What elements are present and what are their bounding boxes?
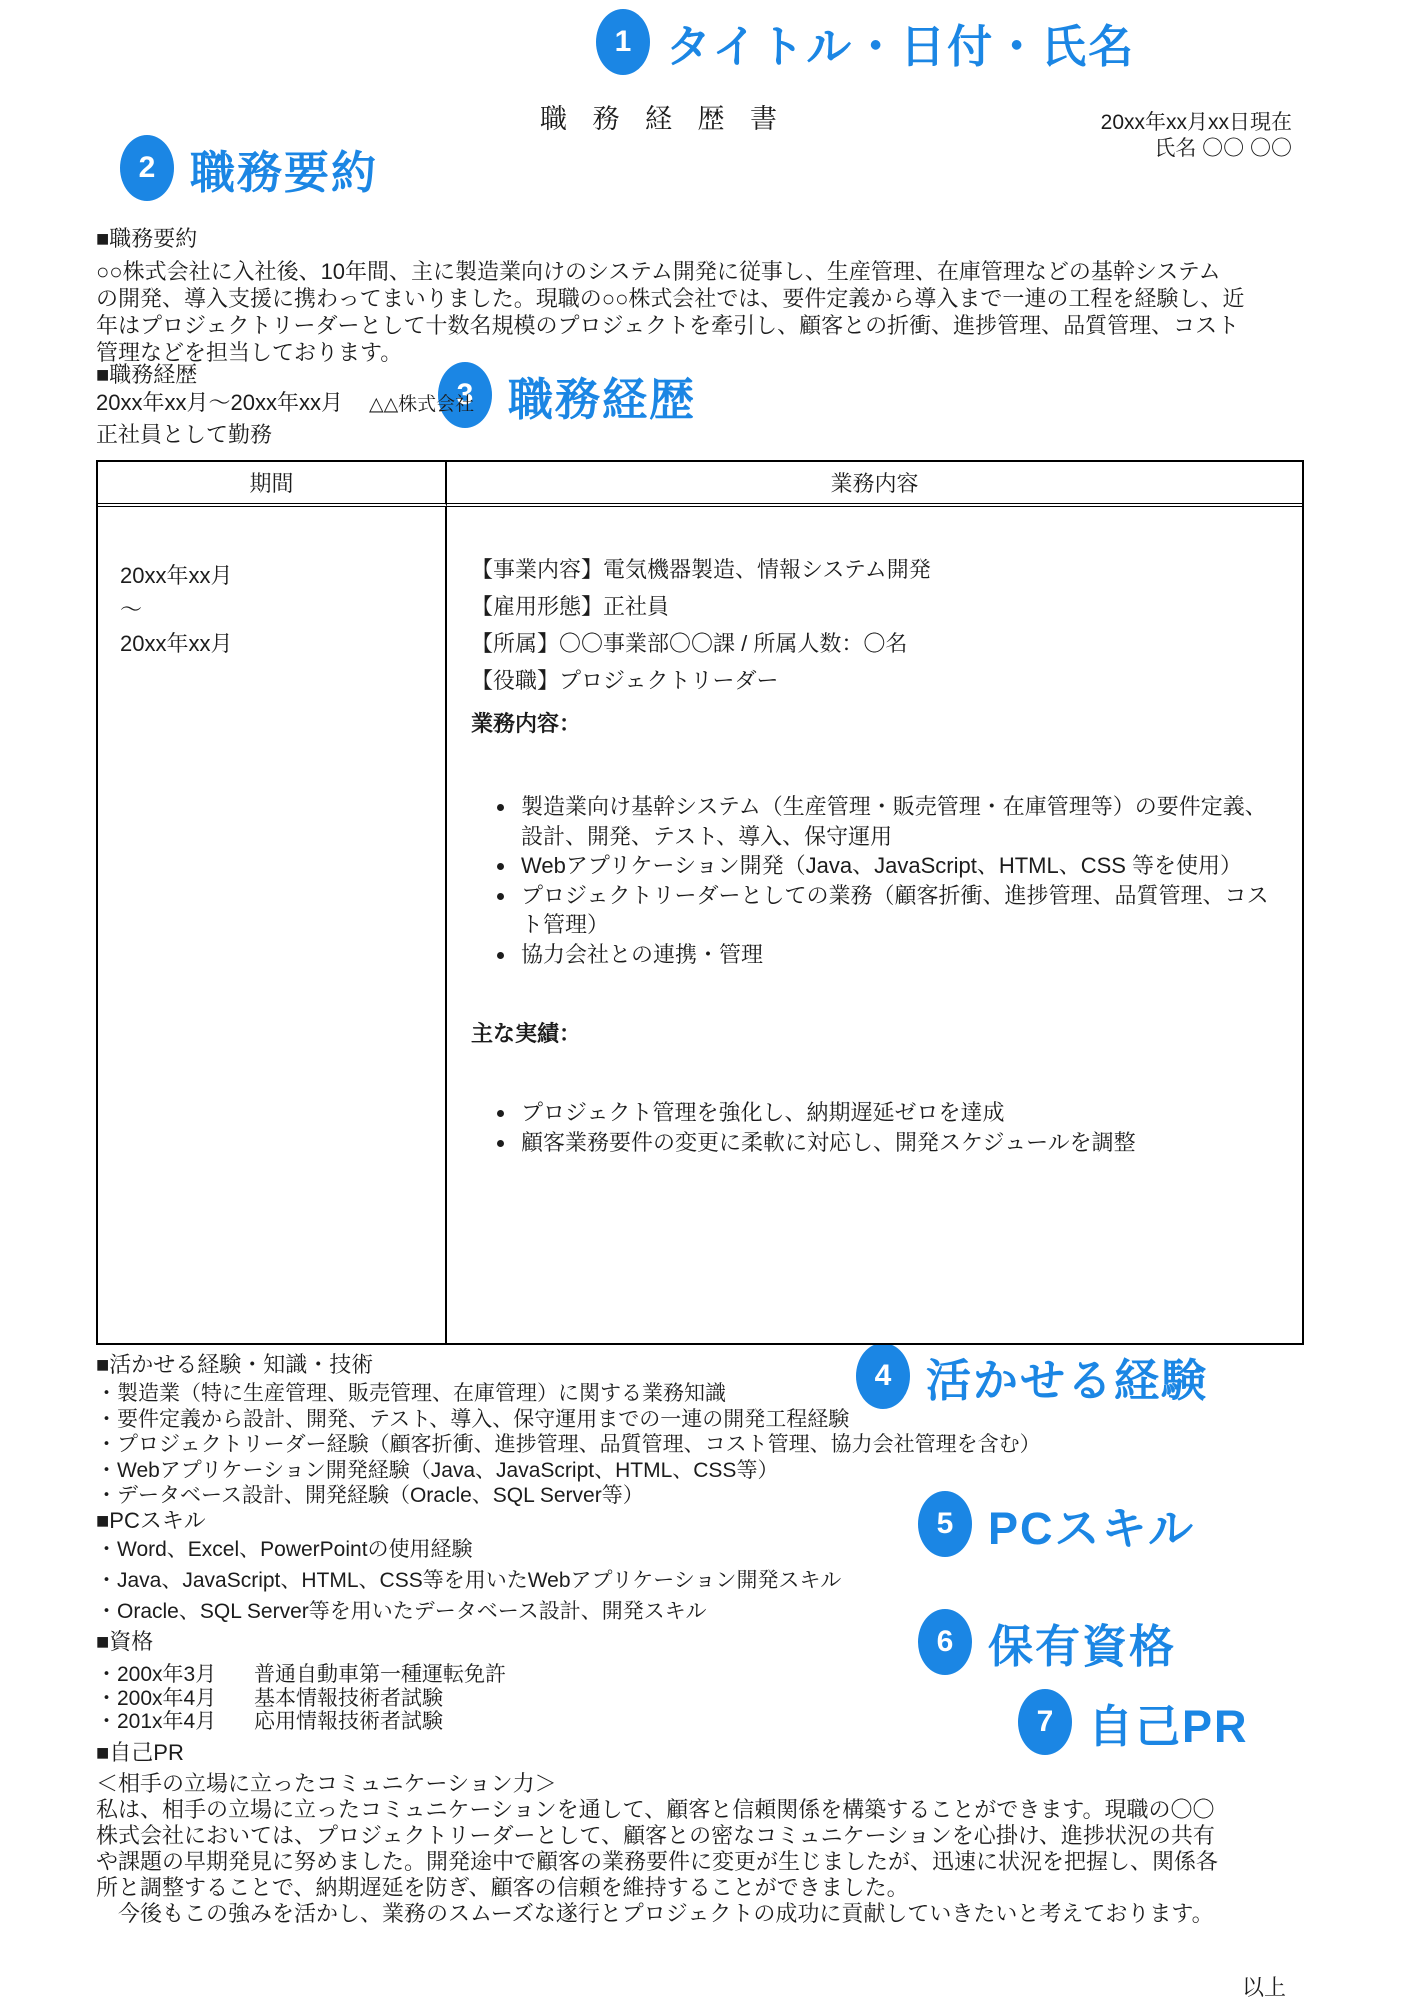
experience-item: ・製造業（特に生産管理、販売管理、在庫管理）に関する業務知識 <box>96 1381 1041 1407</box>
history-period: 20xx年xx月〜20xx年xx月 <box>96 388 343 418</box>
experience-item: ・Webアプリケーション開発経験（Java、JavaScript、HTML、CS… <box>96 1458 1041 1484</box>
annotation-badge-3: 3 職務経歴 <box>438 361 696 429</box>
annotation-badge-2: 2 職務要約 <box>120 134 378 202</box>
summary-line: ○○株式会社に入社後、10年間、主に製造業向けのシステム開発に従事し、生産管理、… <box>96 258 1244 285</box>
self-pr-line: 株式会社においては、プロジェクトリーダーとして、顧客との密なコミュニケーションを… <box>96 1823 1218 1849</box>
closing-text: 以上 <box>1242 1971 1286 2000</box>
pc-skills-heading: ■PCスキル <box>96 1508 841 1534</box>
qualifications-section: ■資格 ・200x年3月 普通自動車第一種運転免許 ・200x年4月 基本情報技… <box>96 1629 506 1734</box>
document-title: 職 務 経 歴 書 <box>540 97 786 136</box>
fact-line: 【事業内容】電気機器製造、情報システム開発 <box>471 551 1274 588</box>
badge-number: 6 <box>937 1625 954 1659</box>
self-pr-body: 私は、相手の立場に立ったコミュニケーションを通して、顧客と信頼関係を構築すること… <box>96 1797 1218 1927</box>
duties-list: 製造業向け基幹システム（生産管理・販売管理・在庫管理等）の要件定義、設計、開発、… <box>471 792 1274 969</box>
current-date: 20xx年xx月xx日現在 <box>1101 110 1292 136</box>
badge-number-icon: 2 <box>120 135 174 201</box>
qualification-name: 応用情報技術者試験 <box>254 1710 443 1734</box>
history-employment: 正社員として勤務 <box>96 420 474 450</box>
jobsheet-page: 1 タイトル・日付・氏名 2 職務要約 3 職務経歴 4 活かせる経験 5 PC… <box>0 0 1414 2000</box>
badge-number: 7 <box>1037 1705 1054 1739</box>
badge-number-icon: 6 <box>918 1609 972 1675</box>
table-header-detail: 業務内容 <box>447 462 1302 507</box>
badge-label: タイトル・日付・氏名 <box>666 10 1135 75</box>
qualification-name: 普通自動車第一種運転免許 <box>254 1663 506 1687</box>
qualification-date: ・201x年4月 <box>96 1710 254 1734</box>
period-tilde: 〜 <box>120 593 437 627</box>
history-company: △△株式会社 <box>369 390 474 420</box>
history-period-row: 20xx年xx月〜20xx年xx月 △△株式会社 <box>96 388 474 420</box>
summary-line: 年はプロジェクトリーダーとして十数名規模のプロジェクトを牽引し、顧客との折衝、進… <box>96 312 1244 339</box>
fact-line: 【雇用形態】正社員 <box>471 588 1274 625</box>
badge-number: 5 <box>937 1507 954 1541</box>
badge-label: 保有資格 <box>988 1610 1176 1675</box>
qualification-row: ・200x年4月 基本情報技術者試験 <box>96 1687 506 1711</box>
duties-heading: 業務内容： <box>471 707 1274 738</box>
history-heading: ■職務経歴 <box>96 362 474 388</box>
self-pr-line: 今後もこの強みを活かし、業務のスムーズな遂行とプロジェクトの成功に貢献していきた… <box>96 1901 1218 1927</box>
achievement-item: プロジェクト管理を強化し、納期遅延ゼロを達成 <box>517 1098 1274 1128</box>
qualification-date: ・200x年4月 <box>96 1687 254 1711</box>
table-detail-cell: 【事業内容】電気機器製造、情報システム開発 【雇用形態】正社員 【所属】〇〇事業… <box>447 507 1302 1343</box>
history-section-intro: ■職務経歴 20xx年xx月〜20xx年xx月 △△株式会社 正社員として勤務 <box>96 362 474 450</box>
badge-number-icon: 1 <box>596 9 650 75</box>
period-line: 20xx年xx月 <box>120 627 437 661</box>
self-pr-line: や課題の早期発見に努めました。開発途中で顧客の業務要件に変更が生じましたが、迅速… <box>96 1849 1218 1875</box>
duty-item: プロジェクトリーダーとしての業務（顧客折衝、進捗管理、品質管理、コスト管理） <box>517 881 1274 940</box>
summary-line: の開発、導入支援に携わってまいりました。現職の○○株式会社では、要件定義から導入… <box>96 285 1244 312</box>
qualification-date: ・200x年3月 <box>96 1663 254 1687</box>
self-pr-section: ■自己PR ＜相手の立場に立ったコミュニケーション力＞ 私は、相手の立場に立った… <box>96 1740 1218 1927</box>
qualification-row: ・200x年3月 普通自動車第一種運転免許 <box>96 1663 506 1687</box>
history-table: 期間 業務内容 20xx年xx月 〜 20xx年xx月 【事業内容】電気機器製造… <box>96 460 1304 1345</box>
pc-skills-section: ■PCスキル ・Word、Excel、PowerPointの使用経験 ・Java… <box>96 1508 841 1627</box>
experience-heading: ■活かせる経験・知識・技術 <box>96 1352 1041 1378</box>
experience-item: ・データベース設計、開発経験（Oracle、SQL Server等） <box>96 1483 1041 1509</box>
qualification-row: ・201x年4月 応用情報技術者試験 <box>96 1710 506 1734</box>
period-line: 20xx年xx月 <box>120 559 437 593</box>
duty-item: Webアプリケーション開発（Java、JavaScript、HTML、CSS 等… <box>517 851 1274 881</box>
summary-body: ○○株式会社に入社後、10年間、主に製造業向けのシステム開発に従事し、生産管理、… <box>96 258 1244 366</box>
applicant-name: 氏名 〇〇 〇〇 <box>1101 136 1292 162</box>
self-pr-subtitle: ＜相手の立場に立ったコミュニケーション力＞ <box>96 1770 1218 1797</box>
summary-section: ■職務要約 ○○株式会社に入社後、10年間、主に製造業向けのシステム開発に従事し… <box>96 226 1244 366</box>
annotation-badge-1: 1 タイトル・日付・氏名 <box>596 8 1135 76</box>
pc-skill-item: ・Java、JavaScript、HTML、CSS等を用いたWebアプリケーショ… <box>96 1565 841 1596</box>
table-header-period: 期間 <box>98 462 447 507</box>
experience-item: ・プロジェクトリーダー経験（顧客折衝、進捗管理、品質管理、コスト管理、協力会社管… <box>96 1432 1041 1458</box>
header-date-name-block: 20xx年xx月xx日現在 氏名 〇〇 〇〇 <box>1101 110 1292 162</box>
self-pr-line: 所と調整することで、納期遅延を防ぎ、顧客の信頼を維持することができました。 <box>96 1875 1218 1901</box>
pc-skill-item: ・Oracle、SQL Server等を用いたデータベース設計、開発スキル <box>96 1596 841 1627</box>
pc-skill-item: ・Word、Excel、PowerPointの使用経験 <box>96 1534 841 1565</box>
qualifications-heading: ■資格 <box>96 1629 506 1655</box>
company-facts: 【事業内容】電気機器製造、情報システム開発 【雇用形態】正社員 【所属】〇〇事業… <box>471 551 1274 699</box>
fact-line: 【所属】〇〇事業部〇〇課 / 所属人数：〇名 <box>471 625 1274 662</box>
achievements-heading: 主な実績： <box>471 1017 1274 1048</box>
badge-number: 1 <box>615 25 632 59</box>
duty-item: 協力会社との連携・管理 <box>517 940 1274 970</box>
summary-heading: ■職務要約 <box>96 226 1244 252</box>
achievement-item: 顧客業務要件の変更に柔軟に対応し、開発スケジュールを調整 <box>517 1128 1274 1158</box>
fact-line: 【役職】プロジェクトリーダー <box>471 662 1274 699</box>
qualification-name: 基本情報技術者試験 <box>254 1687 443 1711</box>
badge-number: 2 <box>139 151 156 185</box>
badge-label: 職務経歴 <box>508 363 696 428</box>
annotation-badge-6: 6 保有資格 <box>918 1608 1176 1676</box>
experience-section: ■活かせる経験・知識・技術 ・製造業（特に生産管理、販売管理、在庫管理）に関する… <box>96 1352 1041 1509</box>
duty-item: 製造業向け基幹システム（生産管理・販売管理・在庫管理等）の要件定義、設計、開発、… <box>517 792 1274 851</box>
table-period-cell: 20xx年xx月 〜 20xx年xx月 <box>98 507 447 1343</box>
self-pr-line: 私は、相手の立場に立ったコミュニケーションを通して、顧客と信頼関係を構築すること… <box>96 1797 1218 1823</box>
self-pr-heading: ■自己PR <box>96 1740 1218 1766</box>
badge-label: 職務要約 <box>190 136 378 201</box>
achievements-list: プロジェクト管理を強化し、納期遅延ゼロを達成 顧客業務要件の変更に柔軟に対応し、… <box>471 1098 1274 1157</box>
experience-item: ・要件定義から設計、開発、テスト、導入、保守運用までの一連の開発工程経験 <box>96 1407 1041 1433</box>
